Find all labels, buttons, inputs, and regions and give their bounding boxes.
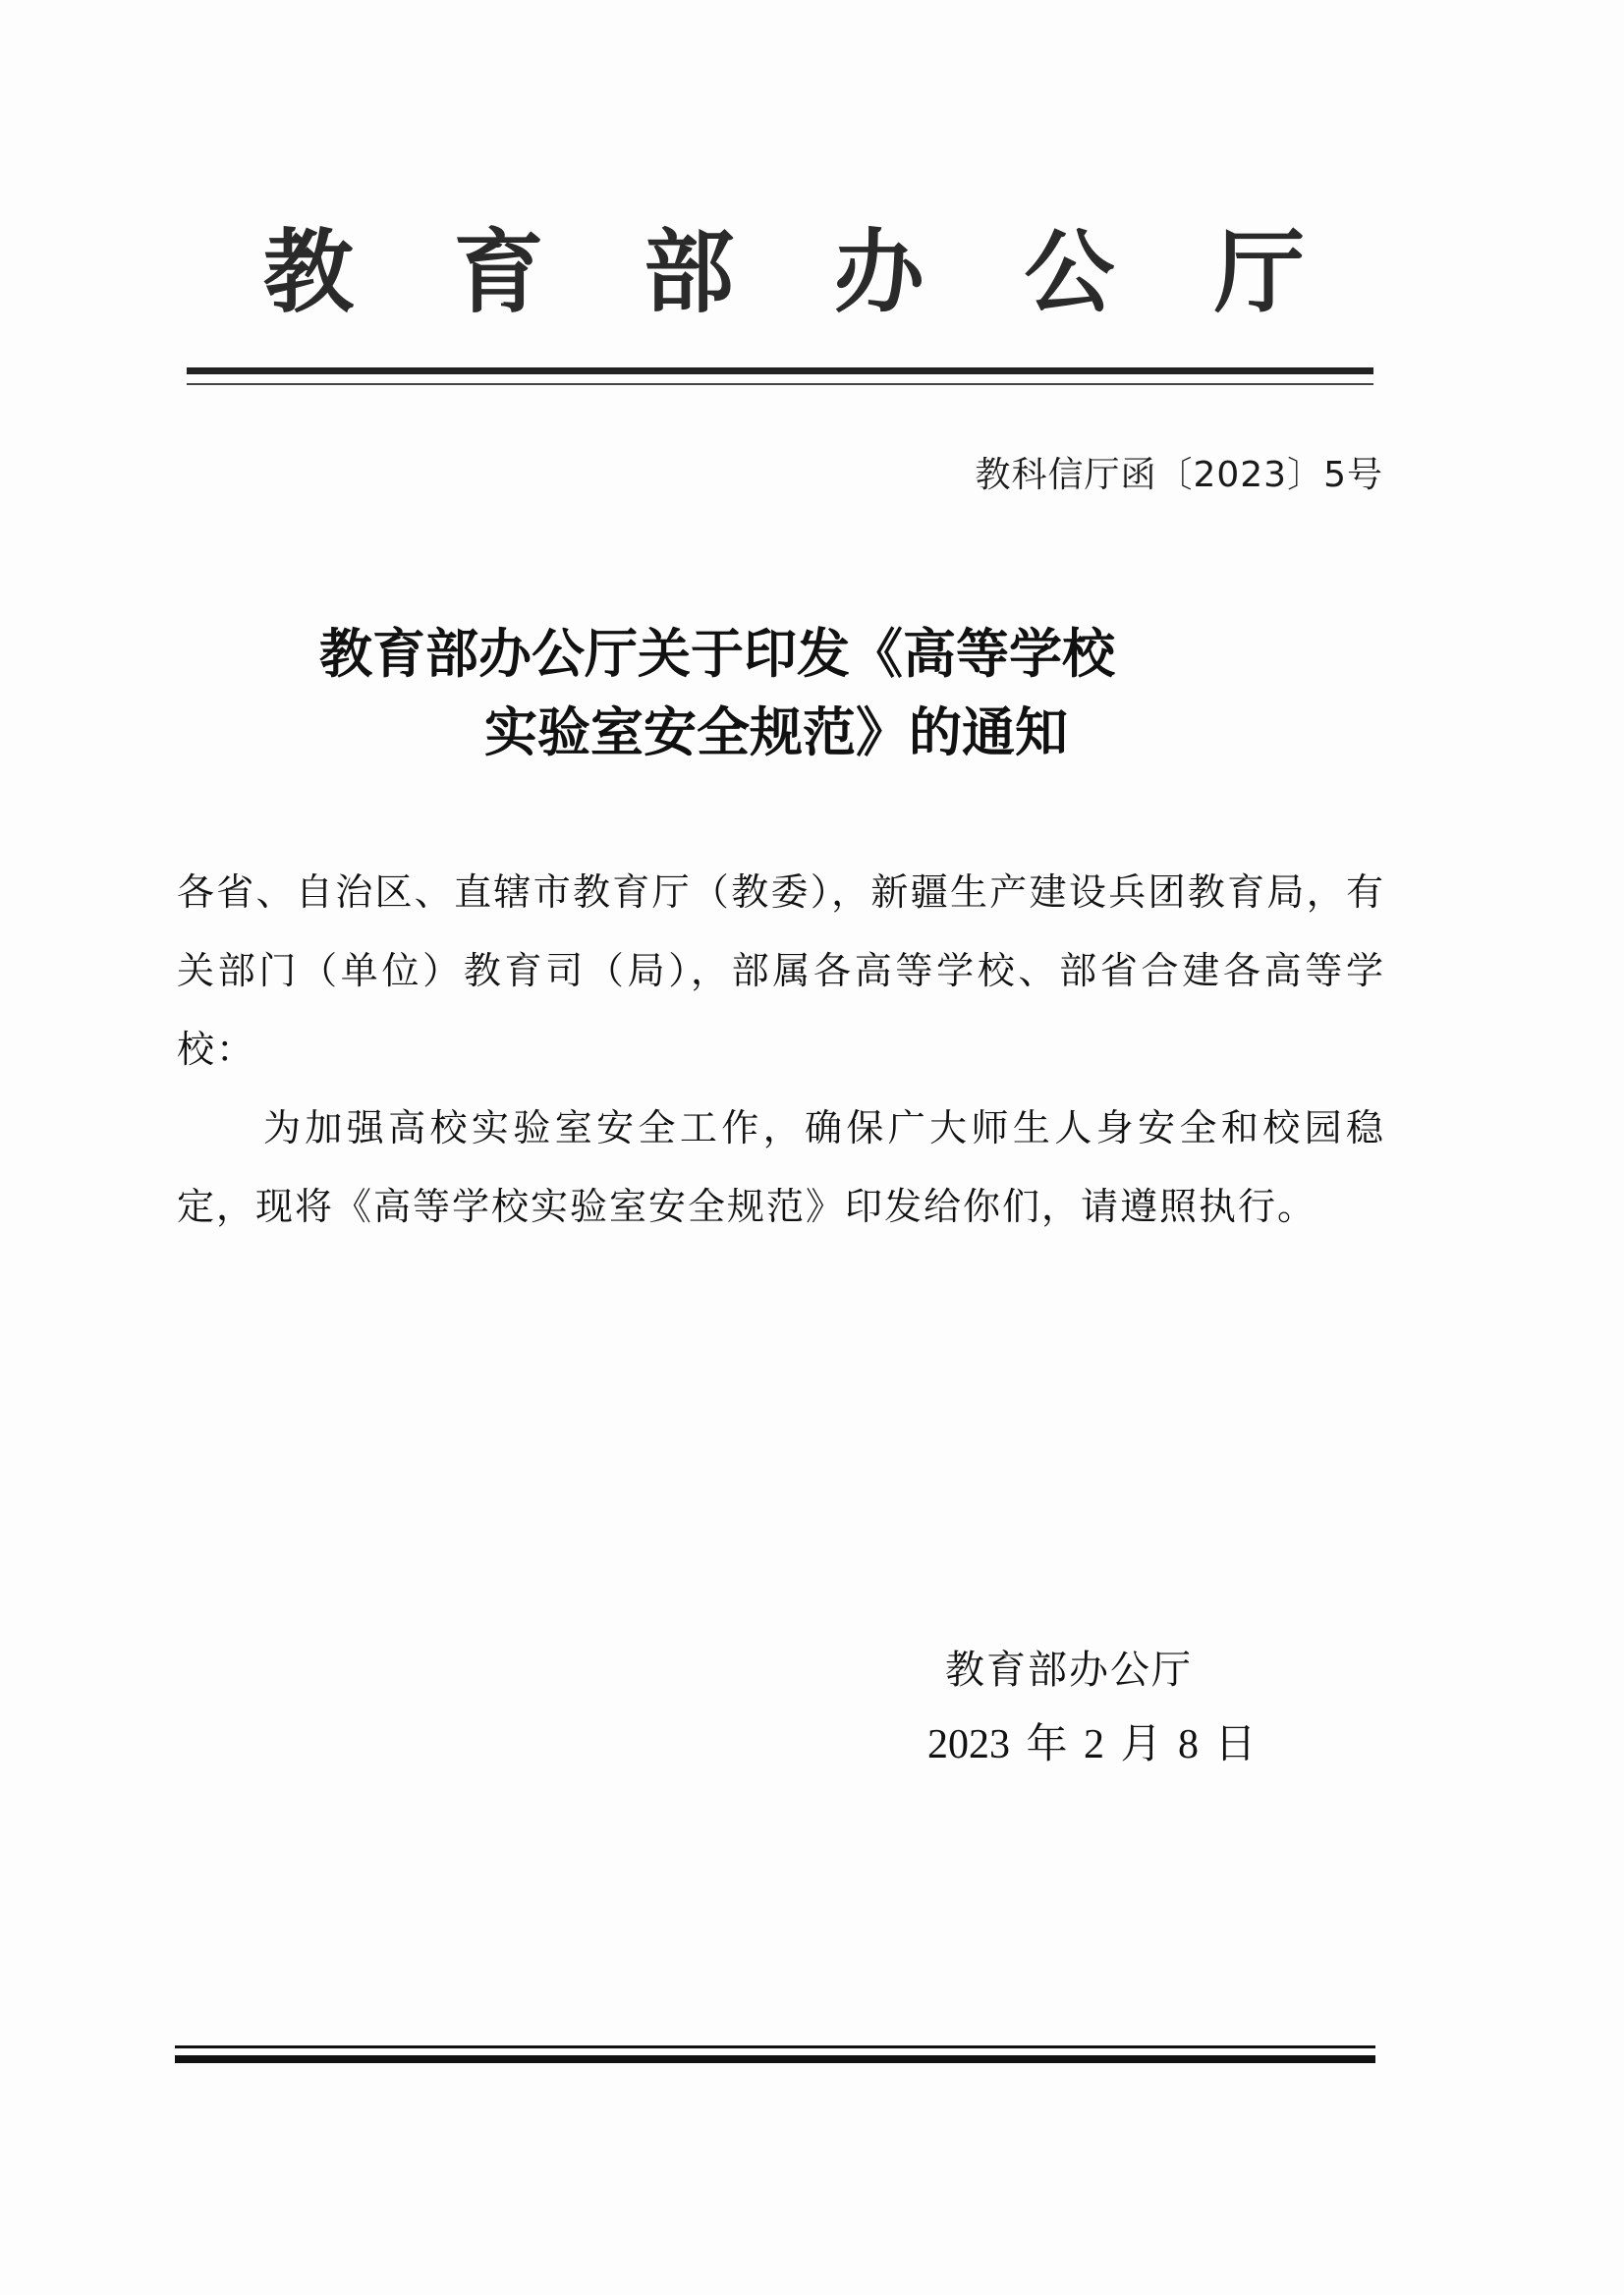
- body-paragraph: 为加强高校实验室安全工作，确保广大师生人身安全和校园稳定，现将《高等学校实验室安…: [177, 1089, 1385, 1246]
- issuer-header: 教 育 部 办 公 厅: [187, 201, 1375, 329]
- document-number: 教科信厅函〔2023〕5号: [975, 447, 1383, 497]
- notice-title: 教育部办公厅关于印发《高等学校 实验室安全规范》的通知: [177, 614, 1375, 771]
- issuer-char: 厅: [1214, 200, 1305, 330]
- signature-date: 2023 年 2 月 8 日: [927, 1711, 1257, 1770]
- notice-title-line-1: 教育部办公厅关于印发《高等学校: [177, 614, 1375, 693]
- issuer-char: 公: [1024, 200, 1114, 330]
- issuer-char: 育: [454, 200, 544, 330]
- issuer-char: 部: [644, 200, 734, 330]
- issuer-char: 教: [263, 200, 354, 330]
- notice-title-line-2: 实验室安全规范》的通知: [177, 693, 1375, 771]
- footer-rule-thick: [175, 2055, 1375, 2063]
- header-rule-thin: [187, 383, 1373, 385]
- signature-organization: 教育部办公厅: [945, 1639, 1193, 1695]
- header-rule-thick: [187, 367, 1373, 374]
- footer-rule-thin: [175, 2045, 1375, 2048]
- addressee: 各省、自治区、直辖市教育厅（教委），新疆生产建设兵团教育局，有关部门（单位）教育…: [177, 853, 1385, 1089]
- issuer-char: 办: [834, 200, 924, 330]
